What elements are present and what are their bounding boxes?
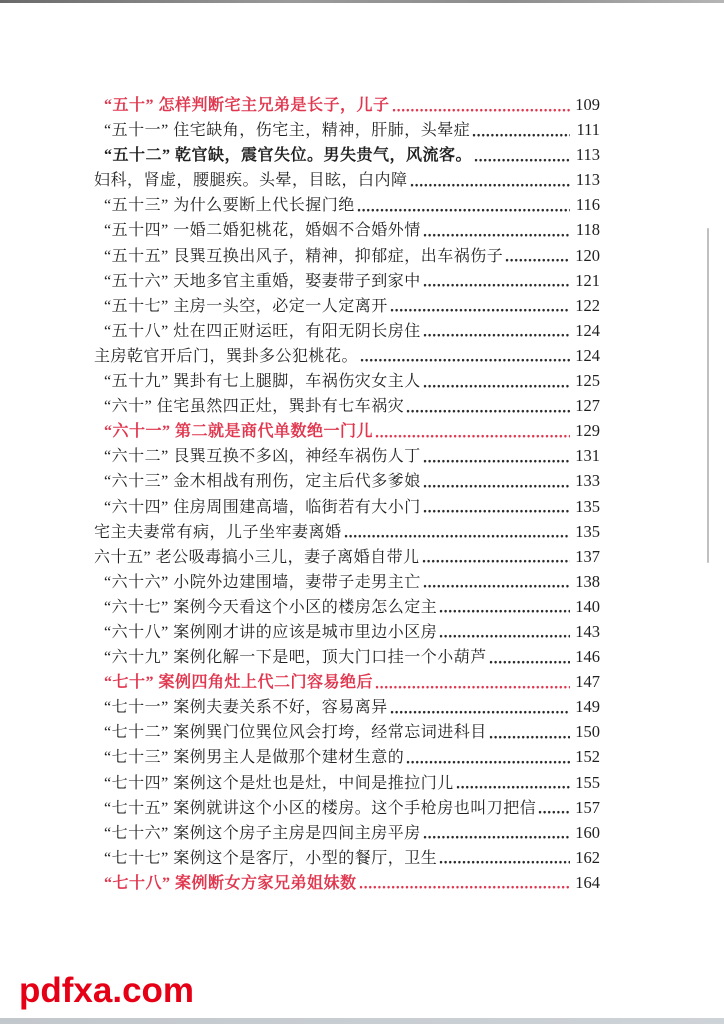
toc-leader-dots (406, 393, 570, 418)
toc-entry: “六十二” 艮巽互换不多凶，神经车祸伤人丁131 (94, 443, 600, 468)
scanned-document-page: “五十” 怎样判断宅主兄弟是长子，儿子109“五十一” 住宅缺角，伤宅主，精神，… (0, 0, 724, 1024)
toc-entry: “七十五” 案例就讲这个小区的楼房。这个手枪房也叫刀把信157 (94, 795, 600, 820)
scan-edge-top-line (0, 0, 724, 3)
toc-leader-dots (474, 142, 570, 167)
toc-entry: “五十五” 艮巽互换出风子，精神，抑郁症，出车祸伤子120 (94, 243, 600, 268)
toc-leader-dots (375, 669, 570, 694)
toc-entry-text: “六十四” 住房周围建高墙，临街若有大小门 (104, 495, 421, 520)
toc-leader-dots (423, 494, 570, 519)
toc-page-number: 138 (572, 569, 600, 594)
toc-entry: “七十八” 案例断女方家兄弟姐妹数164 (94, 870, 600, 895)
toc-page-number: 131 (572, 443, 600, 468)
toc-page-number: 162 (572, 845, 600, 870)
scan-edge-bottom-line (0, 1018, 724, 1024)
toc-entry-text: “六十一” 第二就是商代单数绝一门儿 (104, 419, 373, 444)
toc-entry: “七十二” 案例巽门位巽位风会打垮，经常忘词进科目150 (94, 719, 600, 744)
toc-entry-text: “七十八” 案例断女方家兄弟姐妹数 (104, 871, 357, 896)
toc-entry-text: “七十七” 案例这个是客厅，小型的餐厅，卫生 (104, 846, 437, 871)
toc-entry-text: “六十六” 小院外边建围墙，妻带子走男主亡 (104, 570, 421, 595)
toc-entry-text: “五十一” 住宅缺角，伤宅主，精神，肝肺，头晕症 (104, 118, 470, 143)
toc-leader-dots (423, 368, 570, 393)
toc-page-number: 152 (572, 744, 600, 769)
toc-entry: “五十二” 乾官缺，震官失位。男失贵气，风流客。113 (94, 142, 600, 167)
toc-entry-text: “五十九” 巽卦有七上腿脚，车祸伤灾女主人 (104, 369, 421, 394)
toc-leader-dots (489, 644, 570, 669)
toc-entry: “七十七” 案例这个是客厅，小型的餐厅，卫生162 (94, 845, 600, 870)
toc-page-number: 120 (572, 243, 600, 268)
toc-page-number: 140 (572, 594, 600, 619)
toc-entry: “五十” 怎样判断宅主兄弟是长子，儿子109 (94, 92, 600, 117)
toc-page-number: 125 (572, 368, 600, 393)
toc-page-number: 113 (572, 142, 600, 167)
toc-entry: “六十九” 案例化解一下是吧，顶大门口挂一个小葫芦146 (94, 644, 600, 669)
toc-leader-dots (392, 92, 570, 117)
toc-page-number: 124 (572, 318, 600, 343)
toc-entry-text: “七十四” 案例这个是灶也是灶，中间是推拉门儿 (104, 771, 454, 796)
toc-entry-text: “六十” 住宅虽然四正灶，巽卦有七车祸灾 (104, 394, 404, 419)
toc-page-number: 135 (572, 494, 600, 519)
toc-page-number: 147 (572, 669, 600, 694)
toc-page-number: 118 (572, 217, 600, 242)
toc-page-number: 111 (572, 117, 600, 142)
toc-page-number: 143 (572, 619, 600, 644)
toc-entry-text: “六十七” 案例今天看这个小区的楼房怎么定主 (104, 595, 437, 620)
toc-leader-dots (390, 293, 570, 318)
toc-page-number: 164 (572, 870, 600, 895)
toc-entry-text: 主房乾官开后门，巽卦多公犯桃花。 (94, 344, 358, 369)
toc-leader-dots (456, 770, 570, 795)
toc-leader-dots (410, 167, 570, 192)
toc-leader-dots (423, 318, 570, 343)
toc-entry-text: “七十五” 案例就讲这个小区的楼房。这个手枪房也叫刀把信 (104, 796, 536, 821)
toc-leader-dots (357, 192, 570, 217)
toc-entry-text: “五十四” 一婚二婚犯桃花，婚姻不合婚外情 (104, 218, 421, 243)
toc-leader-dots (538, 795, 570, 820)
toc-leader-dots (472, 117, 570, 142)
scan-edge-right-line (707, 228, 709, 563)
toc-entry: 六十五” 老公吸毒搞小三儿，妻子离婚自带儿137 (94, 544, 600, 569)
toc-entry-text: “五十六” 天地多官主重婚，娶妻带子到家中 (104, 269, 421, 294)
toc-entry: 主房乾官开后门，巽卦多公犯桃花。124 (94, 343, 600, 368)
toc-entry: “六十七” 案例今天看这个小区的楼房怎么定主140 (94, 594, 600, 619)
toc-entry: “五十四” 一婚二婚犯桃花，婚姻不合婚外情118 (94, 217, 600, 242)
watermark: pdfxa.com (19, 971, 194, 1011)
toc-page-number: 121 (572, 268, 600, 293)
toc-leader-dots (344, 519, 570, 544)
toc-entry-text: 妇科，肾虚，腰腿疾。头晕，目眩，白内障 (94, 168, 408, 193)
toc-entry-text: “六十二” 艮巽互换不多凶，神经车祸伤人丁 (104, 444, 421, 469)
toc-page-number: 129 (572, 418, 600, 443)
toc-page-number: 150 (572, 719, 600, 744)
toc-leader-dots (423, 268, 570, 293)
toc-entry: 宅主夫妻常有病，儿子坐牢妻离婚135 (94, 519, 600, 544)
toc-leader-dots (439, 845, 570, 870)
toc-entry-text: 宅主夫妻常有病，儿子坐牢妻离婚 (94, 520, 342, 545)
toc-entry: “六十四” 住房周围建高墙，临街若有大小门135 (94, 494, 600, 519)
toc-entry-text: “六十九” 案例化解一下是吧，顶大门口挂一个小葫芦 (104, 645, 487, 670)
toc-entry-text: “五十七” 主房一头空，必定一人定离开 (104, 294, 388, 319)
toc-entry-text: “七十” 案例四角灶上代二门容易绝后 (104, 670, 373, 695)
toc-entry: “五十八” 灶在四正财运旺，有阳无阴长房住124 (94, 318, 600, 343)
toc-entry-text: 六十五” 老公吸毒搞小三儿，妻子离婚自带儿 (94, 545, 420, 570)
toc-page-number: 124 (572, 343, 600, 368)
toc-entry-text: “五十八” 灶在四正财运旺，有阳无阴长房住 (104, 319, 421, 344)
toc-page-number: 149 (572, 694, 600, 719)
toc-entry: “七十六” 案例这个房子主房是四间主房平房160 (94, 820, 600, 845)
toc-leader-dots (422, 544, 570, 569)
toc-entry-text: “七十二” 案例巽门位巽位风会打垮，经常忘词进科目 (104, 720, 487, 745)
toc-leader-dots (505, 243, 570, 268)
toc-page-number: 135 (572, 519, 600, 544)
toc-page-number: 146 (572, 644, 600, 669)
toc-entry-text: “六十三” 金木相战有刑伤，定主后代多爹娘 (104, 469, 421, 494)
toc-entry: “六十一” 第二就是商代单数绝一门儿129 (94, 418, 600, 443)
toc-entry-text: “五十” 怎样判断宅主兄弟是长子，儿子 (104, 93, 390, 118)
toc-leader-dots (489, 719, 570, 744)
toc-leader-dots (423, 443, 570, 468)
toc-leader-dots (423, 820, 570, 845)
toc-entry-text: “七十一” 案例夫妻关系不好，容易离异 (104, 695, 388, 720)
toc-entry: “六十” 住宅虽然四正灶，巽卦有七车祸灾127 (94, 393, 600, 418)
toc-entry: “五十六” 天地多官主重婚，娶妻带子到家中121 (94, 268, 600, 293)
toc-entry-text: “五十三” 为什么要断上代长握门绝 (104, 193, 355, 218)
toc-entry: “七十一” 案例夫妻关系不好，容易离异149 (94, 694, 600, 719)
toc-leader-dots (359, 870, 570, 895)
toc-page-number: 127 (572, 393, 600, 418)
toc-entry: “五十一” 住宅缺角，伤宅主，精神，肝肺，头晕症111 (94, 117, 600, 142)
toc-entry-text: “五十五” 艮巽互换出风子，精神，抑郁症，出车祸伤子 (104, 244, 503, 269)
toc-leader-dots (439, 619, 570, 644)
toc-entry-text: “七十三” 案例男主人是做那个建材生意的 (104, 745, 404, 770)
toc-page-number: 160 (572, 820, 600, 845)
toc-leader-dots (439, 594, 570, 619)
toc-entry: “七十四” 案例这个是灶也是灶，中间是推拉门儿155 (94, 770, 600, 795)
toc-leader-dots (375, 418, 570, 443)
toc-leader-dots (360, 343, 570, 368)
toc-page-number: 155 (572, 770, 600, 795)
toc-page-number: 157 (572, 795, 600, 820)
toc-entry: “六十八” 案例刚才讲的应该是城市里边小区房143 (94, 619, 600, 644)
toc-page-number: 122 (572, 293, 600, 318)
toc-leader-dots (423, 217, 570, 242)
toc-entry-text: “七十六” 案例这个房子主房是四间主房平房 (104, 821, 421, 846)
toc-page-number: 137 (572, 544, 600, 569)
toc-entry: “六十六” 小院外边建围墙，妻带子走男主亡138 (94, 569, 600, 594)
toc-entry-text: “六十八” 案例刚才讲的应该是城市里边小区房 (104, 620, 437, 645)
toc-entry: 妇科，肾虚，腰腿疾。头晕，目眩，白内障113 (94, 167, 600, 192)
toc-entry: “五十七” 主房一头空，必定一人定离开122 (94, 293, 600, 318)
toc-entry-text: “五十二” 乾官缺，震官失位。男失贵气，风流客。 (104, 143, 472, 168)
toc-entry: “五十九” 巽卦有七上腿脚，车祸伤灾女主人125 (94, 368, 600, 393)
toc-page-number: 133 (572, 468, 600, 493)
toc-entry: “七十三” 案例男主人是做那个建材生意的152 (94, 744, 600, 769)
table-of-contents: “五十” 怎样判断宅主兄弟是长子，儿子109“五十一” 住宅缺角，伤宅主，精神，… (94, 92, 600, 895)
toc-leader-dots (406, 744, 570, 769)
toc-page-number: 116 (572, 192, 600, 217)
toc-entry: “五十三” 为什么要断上代长握门绝116 (94, 192, 600, 217)
toc-page-number: 109 (572, 92, 600, 117)
toc-leader-dots (390, 694, 570, 719)
toc-page-number: 113 (572, 167, 600, 192)
toc-leader-dots (423, 468, 570, 493)
toc-leader-dots (423, 569, 570, 594)
toc-entry: “六十三” 金木相战有刑伤，定主后代多爹娘133 (94, 468, 600, 493)
toc-entry: “七十” 案例四角灶上代二门容易绝后147 (94, 669, 600, 694)
